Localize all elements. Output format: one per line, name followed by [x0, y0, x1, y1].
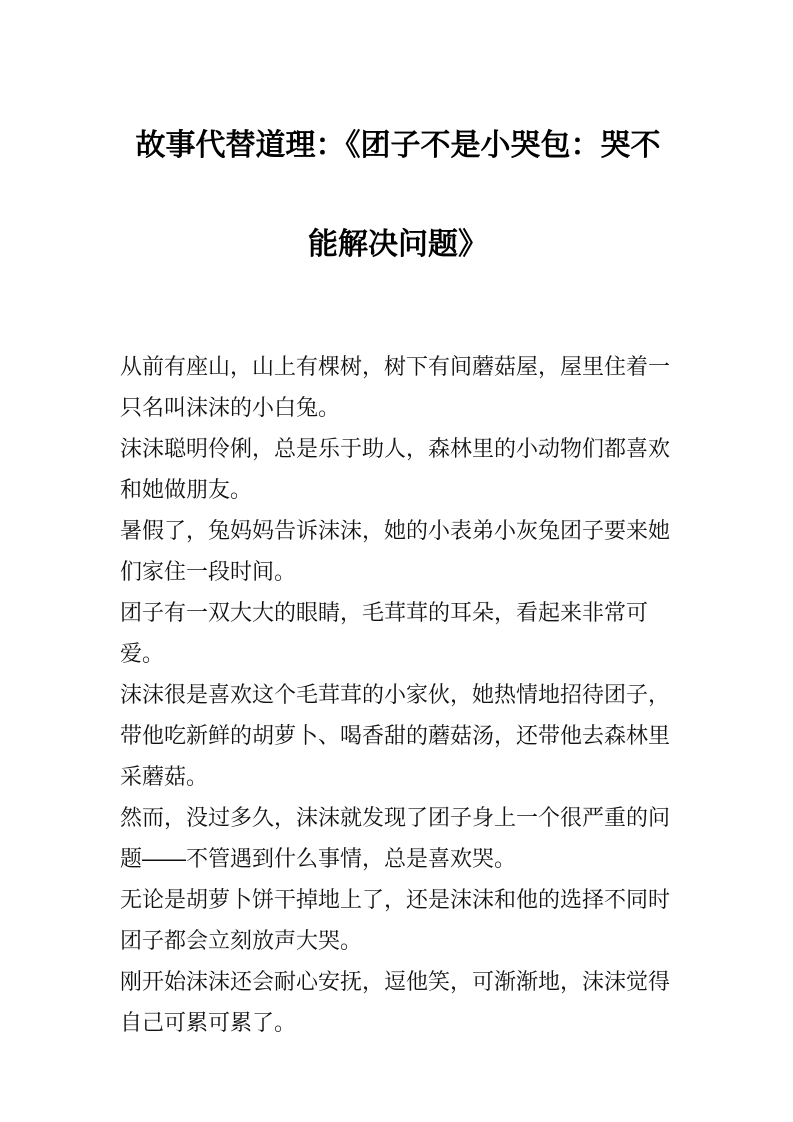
- story-paragraph: 暑假了，兔妈妈告诉沫沫，她的小表弟小灰兔团子要来她们家住一段时间。: [120, 510, 676, 592]
- document-title-line-1: 故事代替道理：《团子不是小哭包：哭不: [120, 96, 676, 195]
- document-title: 故事代替道理：《团子不是小哭包：哭不 能解决问题》: [120, 96, 676, 294]
- story-paragraph: 刚开始沫沫还会耐心安抚，逗他笑，可渐渐地，沫沫觉得自己可累可累了。: [120, 961, 676, 1043]
- story-paragraph: 沫沫很是喜欢这个毛茸茸的小家伙，她热情地招待团子，带他吃新鲜的胡萝卜、喝香甜的蘑…: [120, 674, 676, 797]
- story-paragraph: 沫沫聪明伶俐，总是乐于助人，森林里的小动物们都喜欢和她做朋友。: [120, 428, 676, 510]
- document-title-line-2: 能解决问题》: [120, 195, 676, 294]
- story-paragraph: 团子有一双大大的眼睛，毛茸茸的耳朵，看起来非常可爱。: [120, 592, 676, 674]
- document-page: 故事代替道理：《团子不是小哭包：哭不 能解决问题》 从前有座山，山上有棵树，树下…: [0, 0, 793, 1122]
- story-body: 从前有座山，山上有棵树，树下有间蘑菇屋，屋里住着一只名叫沫沫的小白兔。 沫沫聪明…: [120, 346, 676, 1043]
- story-paragraph: 无论是胡萝卜饼干掉地上了，还是沫沫和他的选择不同时团子都会立刻放声大哭。: [120, 879, 676, 961]
- document-content: 故事代替道理：《团子不是小哭包：哭不 能解决问题》 从前有座山，山上有棵树，树下…: [120, 0, 676, 1043]
- story-paragraph: 从前有座山，山上有棵树，树下有间蘑菇屋，屋里住着一只名叫沫沫的小白兔。: [120, 346, 676, 428]
- story-paragraph: 然而，没过多久，沫沫就发现了团子身上一个很严重的问题——不管遇到什么事情，总是喜…: [120, 797, 676, 879]
